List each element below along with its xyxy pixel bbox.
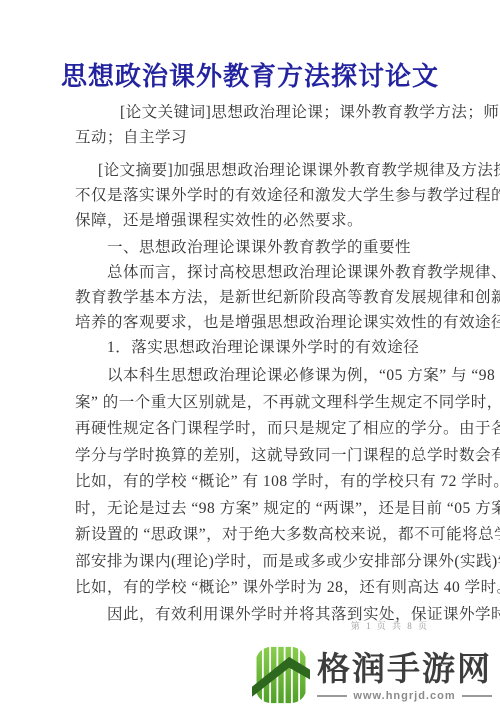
text-line: 案” 的一个重大区别就是，不再就文理科学生规定不同学时，也不: [75, 390, 431, 417]
heading-line: 一、思想政治理论课课外教育教学的重要性: [75, 235, 431, 260]
heading-line: 1．落实思想政治理论课课外学时的有效途径: [75, 335, 431, 360]
text-line: 以本科生思想政治理论课必修课为例，“05 方案” 与 “98 方: [75, 363, 431, 390]
url-divider-left: [317, 695, 347, 697]
url-divider-right: [462, 695, 492, 697]
text-line: 教育教学基本方法，是新世纪新阶段高等教育发展规律和创新人才: [75, 285, 431, 310]
abstract-paragraph: [论文摘要]加强思想政治理论课课外教育教学规律及方法探索， 不仅是落实课外学时的…: [75, 158, 431, 233]
site-url: www.hngrjd.com: [353, 690, 455, 702]
text-line: 比如，有的学校 “概论” 有 108 学时，有的学校只有 72 学时。同: [75, 469, 431, 496]
text-line: 总体而言，探讨高校思想政治理论课课外教育教学规律、完善: [75, 260, 431, 285]
site-url-row: www.hngrjd.com: [317, 690, 492, 702]
text-line: [论文摘要]加强思想政治理论课课外教育教学规律及方法探索，: [75, 158, 431, 183]
page-title: 思想政治课外教育方法探讨论文: [0, 56, 500, 93]
page-number: 第 1 页 共 8 页: [75, 619, 429, 632]
text-line: 新设置的 “思政课”，对于绝大多数高校来说，都不可能将总学时全: [75, 522, 431, 549]
site-name: 格润手游网: [317, 649, 492, 689]
document-body: [论文关键词]思想政治理论课；课外教育教学方法；师生 互动；自主学习 [论文摘要…: [75, 100, 431, 628]
text-line: 部安排为课内(理论)学时，而是或多或少安排部分课外(实践)学时，: [75, 549, 431, 576]
watermark-text-block: 格润手游网 www.hngrjd.com: [317, 649, 492, 702]
watermark-logo: 格润手游网 www.hngrjd.com: [252, 644, 492, 706]
section-heading-1: 一、思想政治理论课课外教育教学的重要性: [75, 235, 431, 260]
text-line: [论文关键词]思想政治理论课；课外教育教学方法；师生: [75, 100, 431, 125]
text-line: 培养的客观要求，也是增强思想政治理论课实效性的有效途径。: [75, 310, 431, 335]
body-paragraph-2: 以本科生思想政治理论课必修课为例，“05 方案” 与 “98 方 案” 的一个重…: [75, 363, 431, 602]
text-line: 保障，还是增强课程实效性的必然要求。: [75, 208, 431, 233]
document-page: { "doc": { "title": "思想政治课外教育方法探讨论文", "t…: [0, 0, 500, 708]
body-paragraph-1: 总体而言，探讨高校思想政治理论课课外教育教学规律、完善 教育教学基本方法，是新世…: [75, 260, 431, 335]
text-line: 互动；自主学习: [75, 125, 431, 150]
keywords-paragraph: [论文关键词]思想政治理论课；课外教育教学方法；师生 互动；自主学习: [75, 100, 431, 150]
green-bars-roof-icon: [252, 644, 310, 706]
section-heading-2: 1．落实思想政治理论课课外学时的有效途径: [75, 335, 431, 360]
text-line: 时，无论是过去 “98 方案” 规定的 “两课”，还是目前 “05 方案”: [75, 496, 431, 523]
text-line: 学分与学时换算的差别，这就导致同一门课程的总学时数会有差别，: [75, 443, 431, 470]
text-line: 再硬性规定各门课程学时，而只是规定了相应的学分。由于各高校: [75, 416, 431, 443]
text-line: 不仅是落实课外学时的有效途径和激发大学生参与教学过程的重要: [75, 183, 431, 208]
text-line: 比如，有的学校 “概论” 课外学时为 28，还有则高达 40 学时。: [75, 575, 431, 602]
